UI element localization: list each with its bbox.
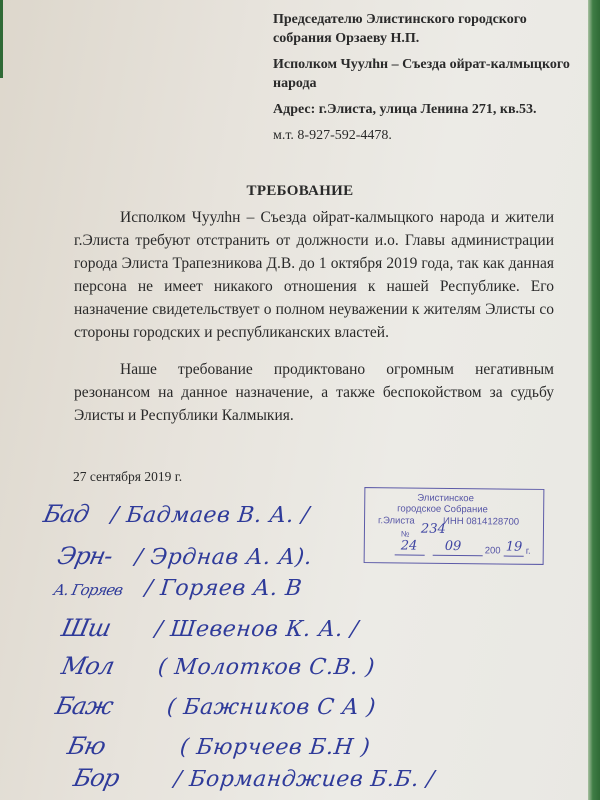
signatory-name: / Горяев А. В [144, 576, 304, 601]
signature-scrawl: Мол [59, 652, 116, 680]
signatory-name: / Борманджиев Б.Б. / [172, 767, 435, 792]
signature-list: Бад / Бадмаев В. А. / Эрн- / Эрднав А. А… [0, 0, 600, 800]
signatory-name: ( Бажников С А ) [166, 695, 377, 720]
signatory-name: / Эрднав А. А). [133, 545, 313, 570]
signature-scrawl: А. Горяев [52, 581, 124, 599]
signature-scrawl: Бю [65, 732, 108, 760]
signature-scrawl: Бад [41, 500, 91, 528]
signature-row: Бю ( Бюрчеев Б.Н ) [68, 732, 370, 760]
signature-scrawl: Баж [53, 692, 115, 720]
signature-row: Эрн- / Эрднав А. А). [58, 542, 312, 570]
signature-scrawl: Эрн- [55, 542, 115, 570]
signature-scrawl: Шш [59, 614, 113, 642]
signature-row: А. Горяев / Горяев А. В [54, 576, 302, 601]
signature-row: Шш / Шевенов К. А. / [62, 614, 359, 642]
signature-row: Бад / Бадмаев В. А. / [44, 500, 310, 528]
signatory-name: / Шевенов К. А. / [154, 617, 360, 642]
signature-row: Мол ( Молотков С.В. ) [62, 652, 375, 680]
signatory-name: ( Бюрчеев Б.Н ) [179, 735, 372, 760]
signatory-name: / Бадмаев В. А. / [110, 503, 311, 528]
signatory-name: ( Молотков С.В. ) [157, 655, 376, 680]
signature-row: Бор / Борманджиев Б.Б. / [74, 764, 434, 792]
signature-row: Баж ( Бажников С А ) [56, 692, 376, 720]
signature-scrawl: Бор [71, 764, 121, 792]
